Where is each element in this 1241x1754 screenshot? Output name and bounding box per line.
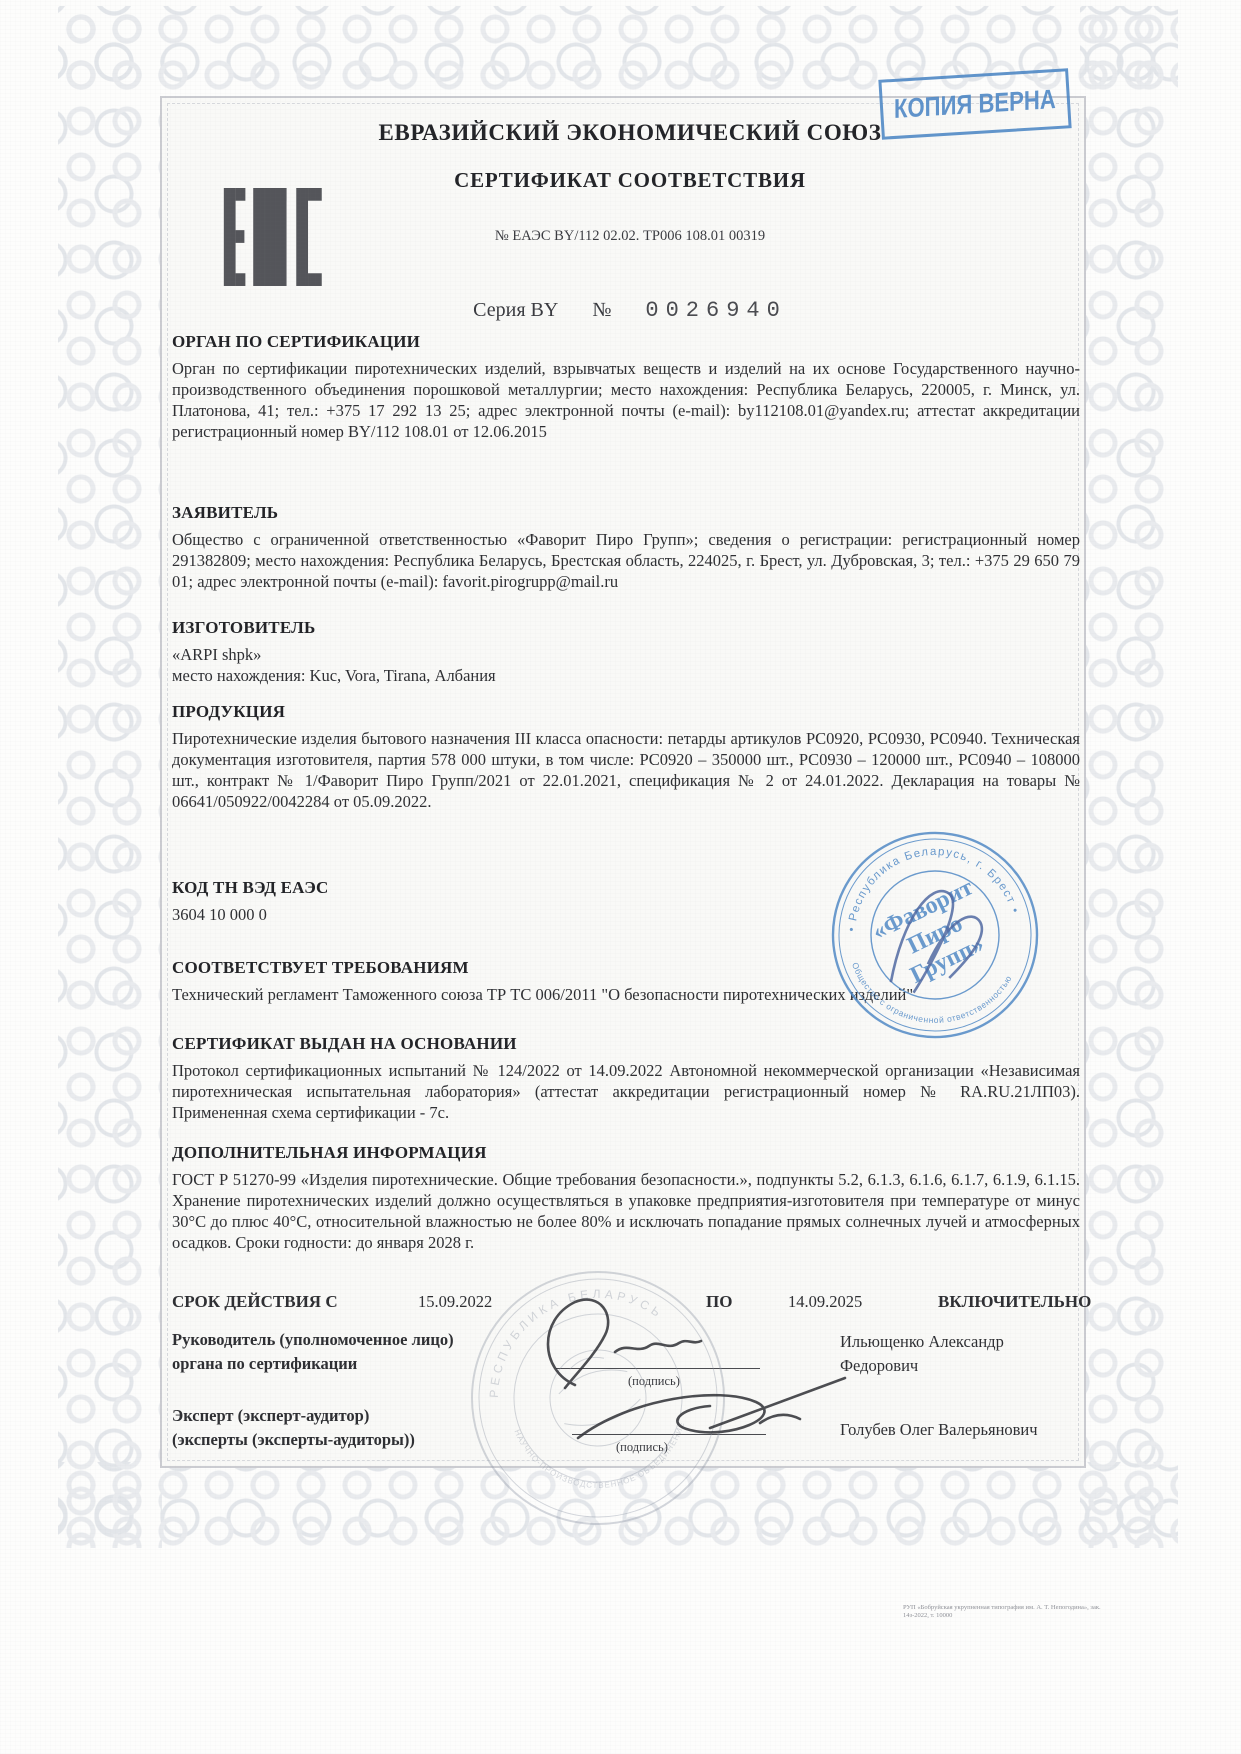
- section-body: Орган по сертификации пиротехнических из…: [172, 358, 1080, 442]
- section-title: ДОПОЛНИТЕЛЬНАЯ ИНФОРМАЦИЯ: [172, 1143, 1080, 1163]
- head-role-line1: Руководитель (уполномоченное лицо): [172, 1330, 454, 1350]
- lace-border-left: [58, 6, 162, 1548]
- section-title: ИЗГОТОВИТЕЛЬ: [172, 618, 1080, 638]
- lace-border-right: [1080, 6, 1178, 1548]
- expert-role-line2: (эксперты (эксперты-аудиторы)): [172, 1430, 415, 1450]
- section-body: Общество с ограниченной ответственностью…: [172, 529, 1080, 592]
- section-body: ГОСТ Р 51270-99 «Изделия пиротехнические…: [172, 1169, 1080, 1253]
- section-certification-body: ОРГАН ПО СЕРТИФИКАЦИИ Орган по сертифика…: [172, 332, 1080, 442]
- section-body: Протокол сертификационных испытаний № 12…: [172, 1060, 1080, 1123]
- section-body: Пиротехнические изделия бытового назначе…: [172, 728, 1080, 812]
- series-label: Серия BY: [473, 299, 558, 322]
- certificate-title: СЕРТИФИКАТ СООТВЕТСТВИЯ: [250, 168, 1010, 193]
- validity-from-label: СРОК ДЕЙСТВИЯ С: [172, 1292, 338, 1312]
- section-title: ЗАЯВИТЕЛЬ: [172, 503, 1080, 523]
- section-applicant: ЗАЯВИТЕЛЬ Общество с ограниченной ответс…: [172, 503, 1080, 592]
- head-role-line2: органа по сертификации: [172, 1354, 357, 1374]
- section-additional-info: ДОПОЛНИТЕЛЬНАЯ ИНФОРМАЦИЯ ГОСТ Р 51270-9…: [172, 1143, 1080, 1253]
- section-title: ОРГАН ПО СЕРТИФИКАЦИИ: [172, 332, 1080, 352]
- printing-house-imprint: РУП «Бобруйская укрупненная типография и…: [903, 1604, 1113, 1620]
- section-manufacturer: ИЗГОТОВИТЕЛЬ «ARPI shpk» место нахождени…: [172, 618, 1080, 686]
- copy-verified-stamp-label: КОПИЯ ВЕРНА: [894, 84, 1056, 125]
- validity-inclusive-label: ВКЛЮЧИТЕЛЬНО: [938, 1292, 1091, 1312]
- manufacturer-name: «ARPI shpk»: [172, 644, 1080, 665]
- head-name-line1: Ильющенко Александр: [840, 1332, 1004, 1352]
- numero-sign: №: [592, 299, 611, 322]
- certificate-page: КОПИЯ ВЕРНА: [0, 0, 1241, 1754]
- expert-role-line1: Эксперт (эксперт-аудитор): [172, 1406, 369, 1426]
- manufacturer-location: место нахождения: Kuc, Vora, Tirana, Алб…: [172, 665, 1080, 686]
- section-product: ПРОДУКЦИЯ Пиротехнические изделия бытово…: [172, 702, 1080, 812]
- copy-verified-stamp: КОПИЯ ВЕРНА: [878, 68, 1071, 139]
- certificate-number: № ЕАЭС BY/112 02.02. ТР006 108.01 00319: [250, 228, 1010, 245]
- company-round-stamp: • Республика Беларусь, г. Брест • Общест…: [822, 822, 1048, 1048]
- series-number: 0026940: [645, 298, 786, 323]
- expert-signature-ink: [560, 1368, 870, 1463]
- series-line: Серия BY № 0026940: [300, 298, 960, 323]
- section-title: ПРОДУКЦИЯ: [172, 702, 1080, 722]
- validity-to-date: 14.09.2025: [788, 1292, 862, 1312]
